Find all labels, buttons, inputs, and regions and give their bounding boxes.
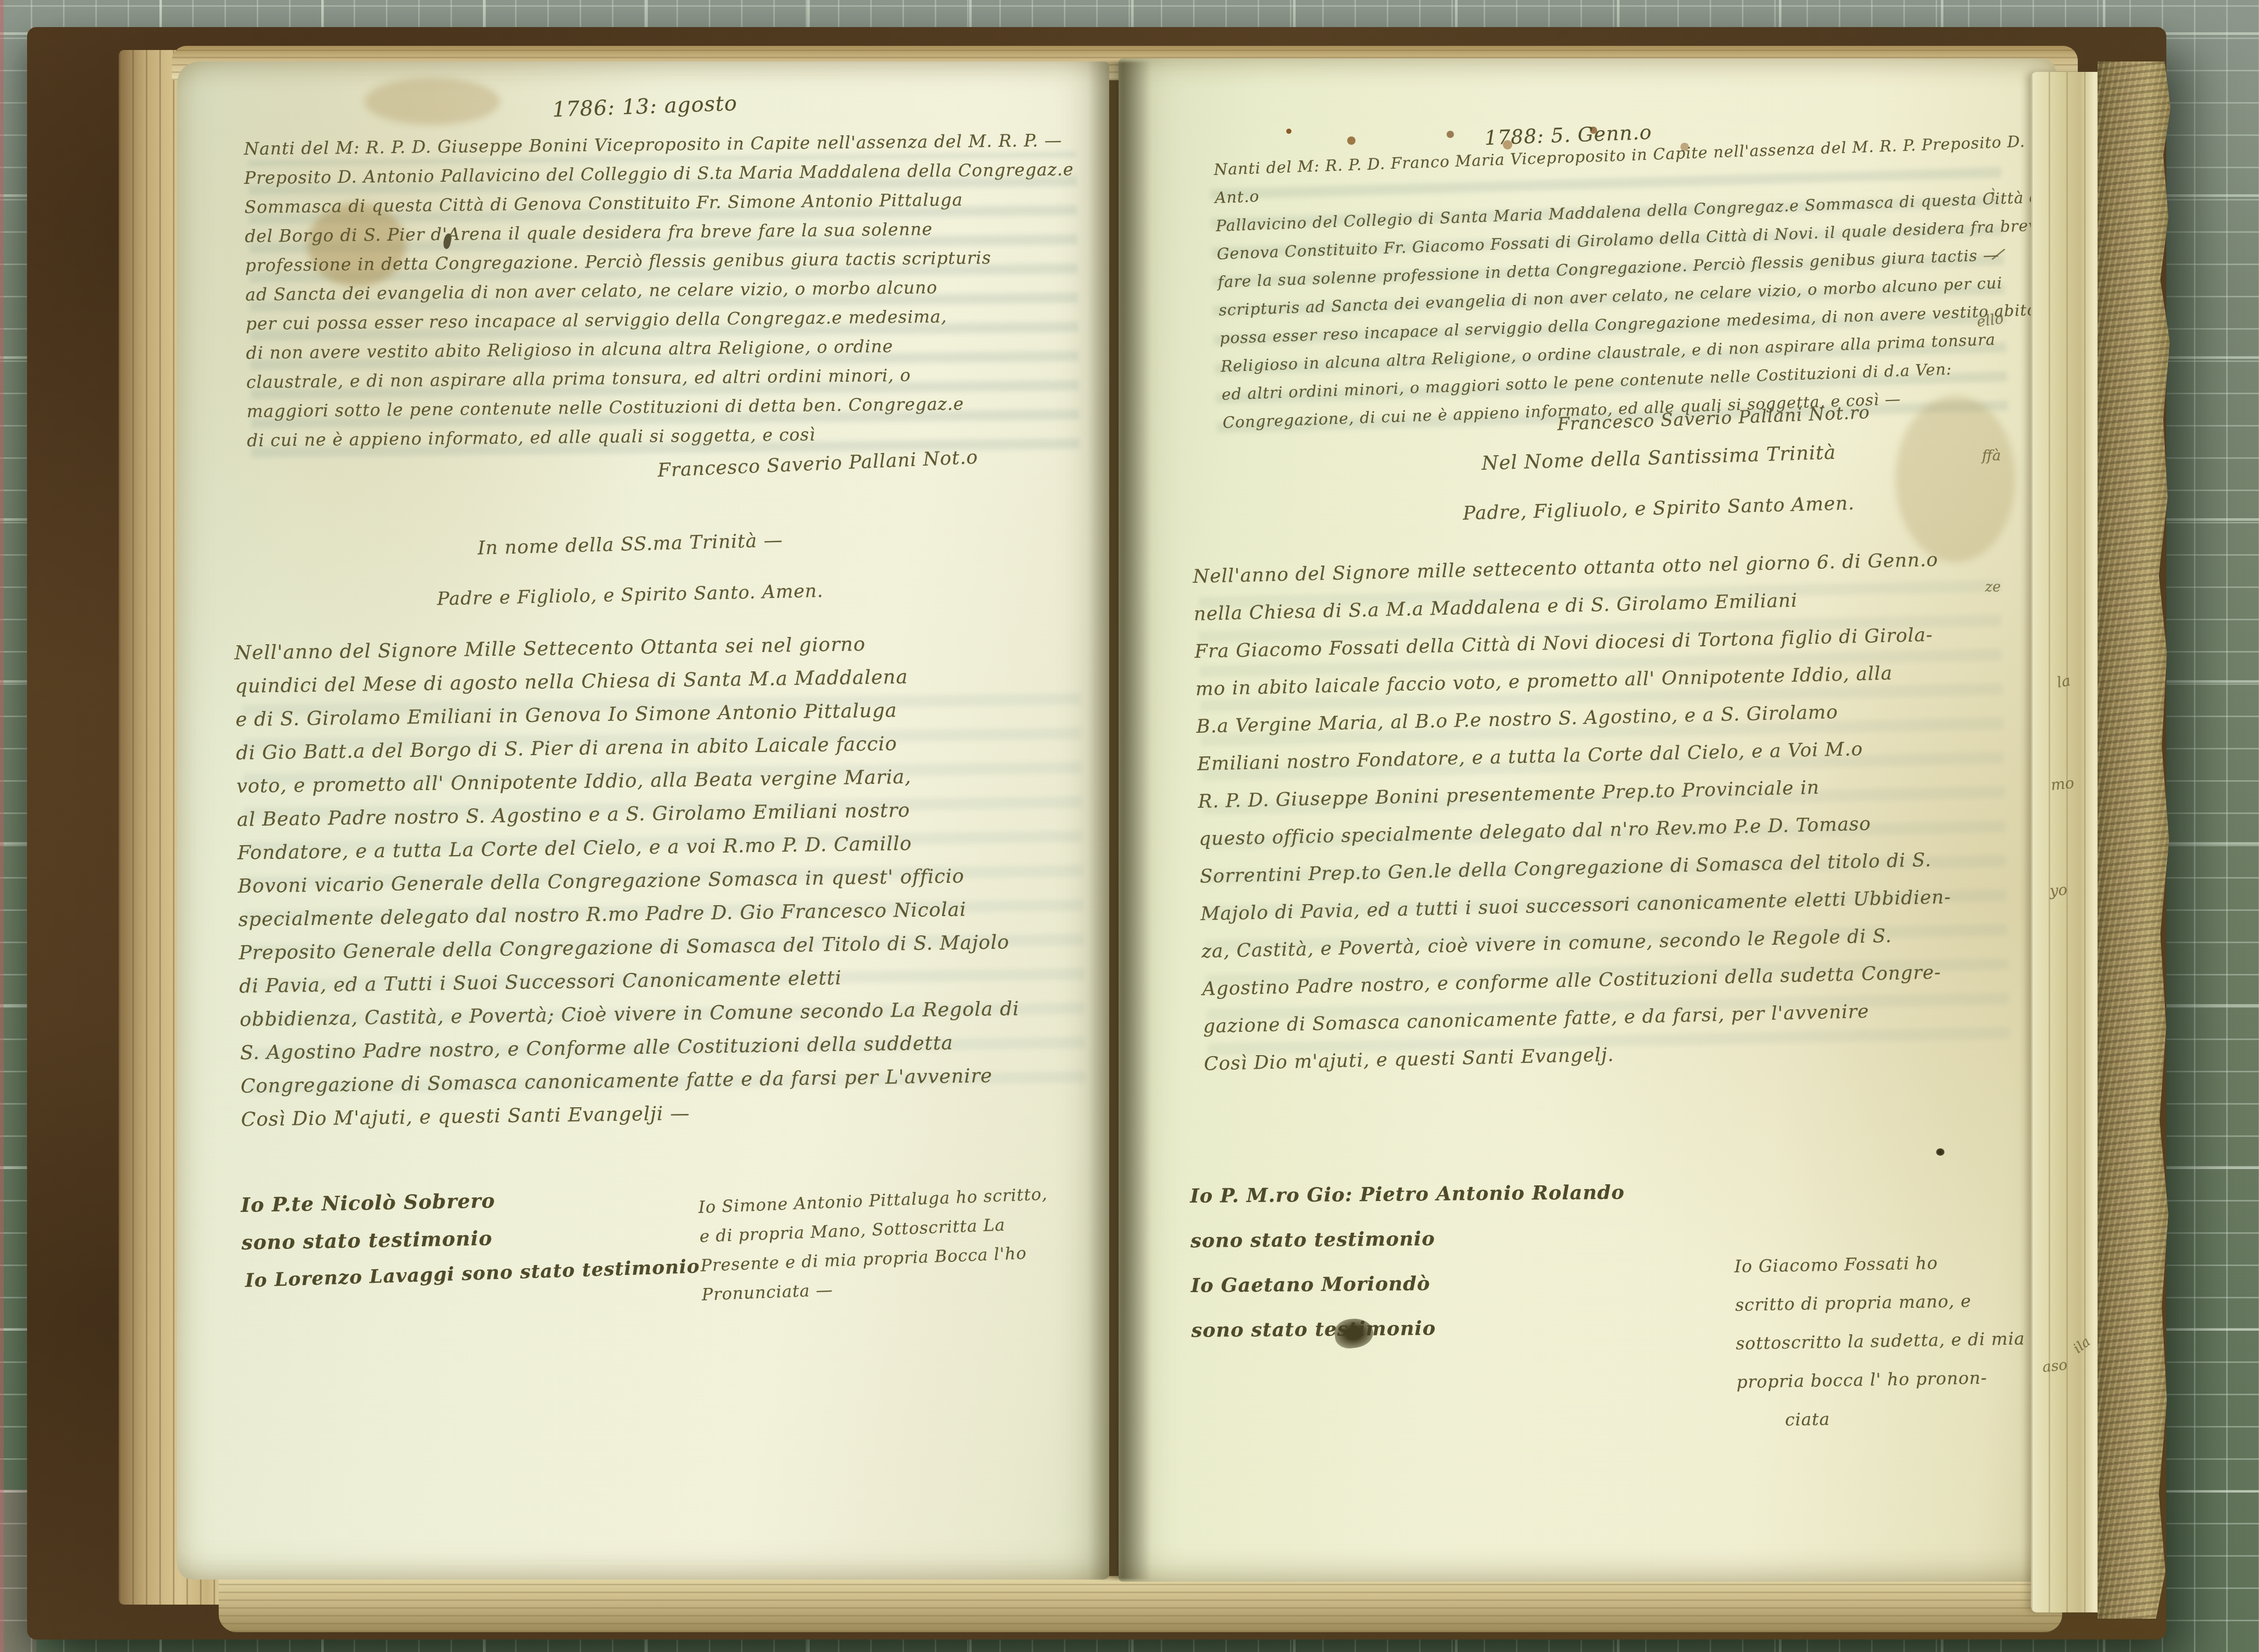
left-oath-paragraph: Nanti del M: R. P. D. Giuseppe Bonini Vi… xyxy=(244,125,1127,455)
right-profession-paragraph: Nell'anno del Signore mille settecento o… xyxy=(1193,539,2074,1083)
left-witness-sobrero: Io P.te Nicolò Sobrero sono stato testim… xyxy=(241,1182,496,1261)
right-professed-statement: Io Giacomo Fossati ho scritto di propria… xyxy=(1734,1241,2081,1440)
edge-fragment: ze xyxy=(1985,579,2001,595)
torn-pages-edge xyxy=(2098,61,2170,1619)
edge-fragment: ì xyxy=(1990,186,1996,205)
right-witnesses: Io P. M.ro Gio: Pietro Antonio Rolando s… xyxy=(1190,1170,1626,1353)
left-professed-statement: Io Simone Antonio Pittaluga ho scritto, … xyxy=(698,1178,1087,1309)
rust-stains xyxy=(1286,129,1291,134)
stain-blotch xyxy=(365,78,500,125)
mat-red-edge-line xyxy=(0,0,4,1652)
edge-fragment: la xyxy=(2055,672,2072,691)
pages-bottom-edge xyxy=(219,1576,2062,1632)
edge-fragment: ffà xyxy=(1982,447,2001,464)
right-oath-paragraph: Nanti del M: R. P. D. Franco Maria Vicep… xyxy=(1213,127,2056,437)
edge-fragment: aso xyxy=(2041,1356,2068,1376)
ink-dot xyxy=(1936,1148,1944,1156)
left-profession-paragraph: Nell'anno del Signore Mille Settecento O… xyxy=(234,624,1121,1136)
edge-fragment: yo xyxy=(2049,881,2068,899)
edge-fragment: mo xyxy=(2050,774,2075,794)
